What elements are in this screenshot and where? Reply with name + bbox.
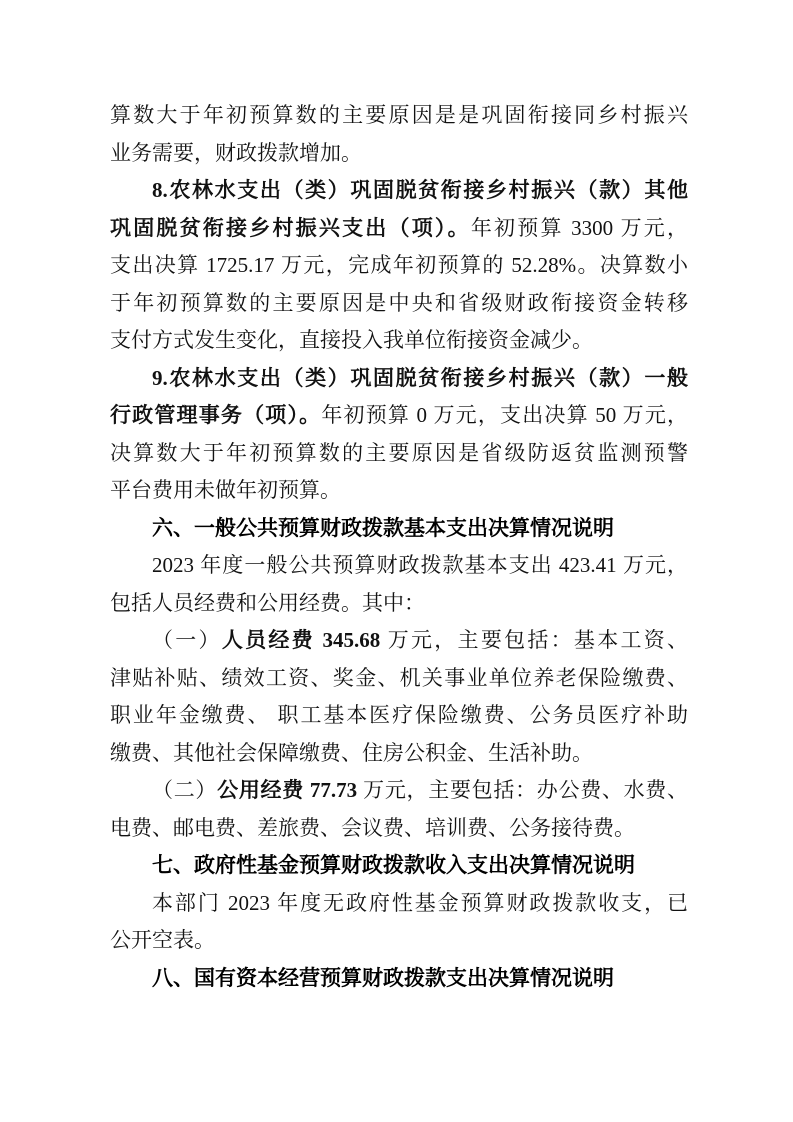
- section7-body-line-2: 公开空表。: [110, 922, 688, 960]
- document-body: 算数大于年初预算数的主要原因是是巩固衔接同乡村振兴 业务需要，财政拨款增加。 8…: [110, 97, 688, 997]
- text-run: 支付方式发生变化，直接投入我单位衔接资金减少。: [110, 328, 593, 352]
- text-run: 决算数大于年初预算数的主要原因是省级防返贫监测预警: [110, 441, 688, 465]
- text-run: 电费、邮电费、差旅费、会议费、培训费、公务接待费。: [110, 816, 635, 840]
- para-prev-continuation-line-2: 业务需要，财政拨款增加。: [110, 135, 688, 173]
- item9-line-3: 决算数大于年初预算数的主要原因是省级防返贫监测预警: [110, 435, 688, 473]
- bold-run: 8.农林水支出（类）巩固脱贫衔接乡村振兴（款）其他: [152, 178, 688, 202]
- text-run: 包括人员经费和公用经费。其中：: [110, 591, 425, 615]
- section6-intro-line-1: 2023 年度一般公共预算财政拨款基本支出 423.41 万元，: [110, 547, 688, 585]
- bold-run: 行政管理事务（项）。: [110, 403, 321, 427]
- heading-text: 七、政府性基金预算财政拨款收入支出决算情况说明: [152, 854, 635, 877]
- section6-heading: 六、一般公共预算财政拨款基本支出决算情况说明: [110, 510, 688, 548]
- text-run: 平台费用未做年初预算。: [110, 478, 341, 502]
- text-run: （二）: [152, 778, 217, 802]
- text-run: 年初预算 0 万元，支出决算 50 万元，: [321, 403, 688, 427]
- text-run: 2023 年度一般公共预算财政拨款基本支出 423.41 万元，: [152, 553, 688, 577]
- section6-intro-line-2: 包括人员经费和公用经费。其中：: [110, 585, 688, 623]
- bold-run: 公用经费 77.73: [217, 778, 357, 802]
- item9-line-2: 行政管理事务（项）。年初预算 0 万元，支出决算 50 万元，: [110, 397, 688, 435]
- bold-run: 9.农林水支出（类）巩固脱贫衔接乡村振兴（款）一般: [152, 366, 688, 390]
- bold-run: 人员经费 345.68: [222, 628, 380, 652]
- text-run: 津贴补贴、绩效工资、奖金、机关事业单位养老保险缴费、: [110, 666, 688, 690]
- para-prev-continuation-line-1: 算数大于年初预算数的主要原因是是巩固衔接同乡村振兴: [110, 97, 688, 135]
- heading-text: 六、一般公共预算财政拨款基本支出决算情况说明: [152, 517, 614, 540]
- personnel-expense-line-4: 缴费、其他社会保障缴费、住房公积金、生活补助。: [110, 735, 688, 773]
- text-run: （一）: [152, 628, 222, 652]
- bold-run: 巩固脱贫衔接乡村振兴支出（项）。: [110, 216, 471, 240]
- personnel-expense-line-1: （一）人员经费 345.68 万元，主要包括：基本工资、: [110, 622, 688, 660]
- personnel-expense-line-3: 职业年金缴费、 职工基本医疗保险缴费、公务员医疗补助: [110, 697, 688, 735]
- section7-heading: 七、政府性基金预算财政拨款收入支出决算情况说明: [110, 847, 688, 885]
- text-run: 支出决算 1725.17 万元，完成年初预算的 52.28%。决算数小: [110, 253, 688, 277]
- text-run: 算数大于年初预算数的主要原因是是巩固衔接同乡村振兴: [110, 103, 688, 127]
- item8-line-5: 支付方式发生变化，直接投入我单位衔接资金减少。: [110, 322, 688, 360]
- section7-body-line-1: 本部门 2023 年度无政府性基金预算财政拨款收支，已: [110, 885, 688, 923]
- public-expense-line-1: （二）公用经费 77.73 万元，主要包括：办公费、水费、: [110, 772, 688, 810]
- item8-line-4: 于年初预算数的主要原因是中央和省级财政衔接资金转移: [110, 285, 688, 323]
- text-run: 职业年金缴费、 职工基本医疗保险缴费、公务员医疗补助: [110, 703, 688, 727]
- heading-text: 八、国有资本经营预算财政拨款支出决算情况说明: [152, 967, 614, 990]
- text-run: 万元，主要包括：基本工资、: [380, 628, 688, 652]
- personnel-expense-line-2: 津贴补贴、绩效工资、奖金、机关事业单位养老保险缴费、: [110, 660, 688, 698]
- section8-heading: 八、国有资本经营预算财政拨款支出决算情况说明: [110, 960, 688, 998]
- text-run: 万元，主要包括：办公费、水费、: [357, 778, 688, 802]
- item9-line-4: 平台费用未做年初预算。: [110, 472, 688, 510]
- text-run: 于年初预算数的主要原因是中央和省级财政衔接资金转移: [110, 291, 688, 315]
- text-run: 缴费、其他社会保障缴费、住房公积金、生活补助。: [110, 741, 593, 765]
- item8-line-2: 巩固脱贫衔接乡村振兴支出（项）。年初预算 3300 万元，: [110, 210, 688, 248]
- text-run: 业务需要，财政拨款增加。: [110, 141, 362, 165]
- text-run: 年初预算 3300 万元，: [471, 216, 688, 240]
- text-run: 公开空表。: [110, 928, 215, 952]
- document-page: 算数大于年初预算数的主要原因是是巩固衔接同乡村振兴 业务需要，财政拨款增加。 8…: [0, 0, 793, 1122]
- item8-line-1: 8.农林水支出（类）巩固脱贫衔接乡村振兴（款）其他: [110, 172, 688, 210]
- item8-line-3: 支出决算 1725.17 万元，完成年初预算的 52.28%。决算数小: [110, 247, 688, 285]
- item9-line-1: 9.农林水支出（类）巩固脱贫衔接乡村振兴（款）一般: [110, 360, 688, 398]
- text-run: 本部门 2023 年度无政府性基金预算财政拨款收支，已: [152, 891, 688, 915]
- public-expense-line-2: 电费、邮电费、差旅费、会议费、培训费、公务接待费。: [110, 810, 688, 848]
